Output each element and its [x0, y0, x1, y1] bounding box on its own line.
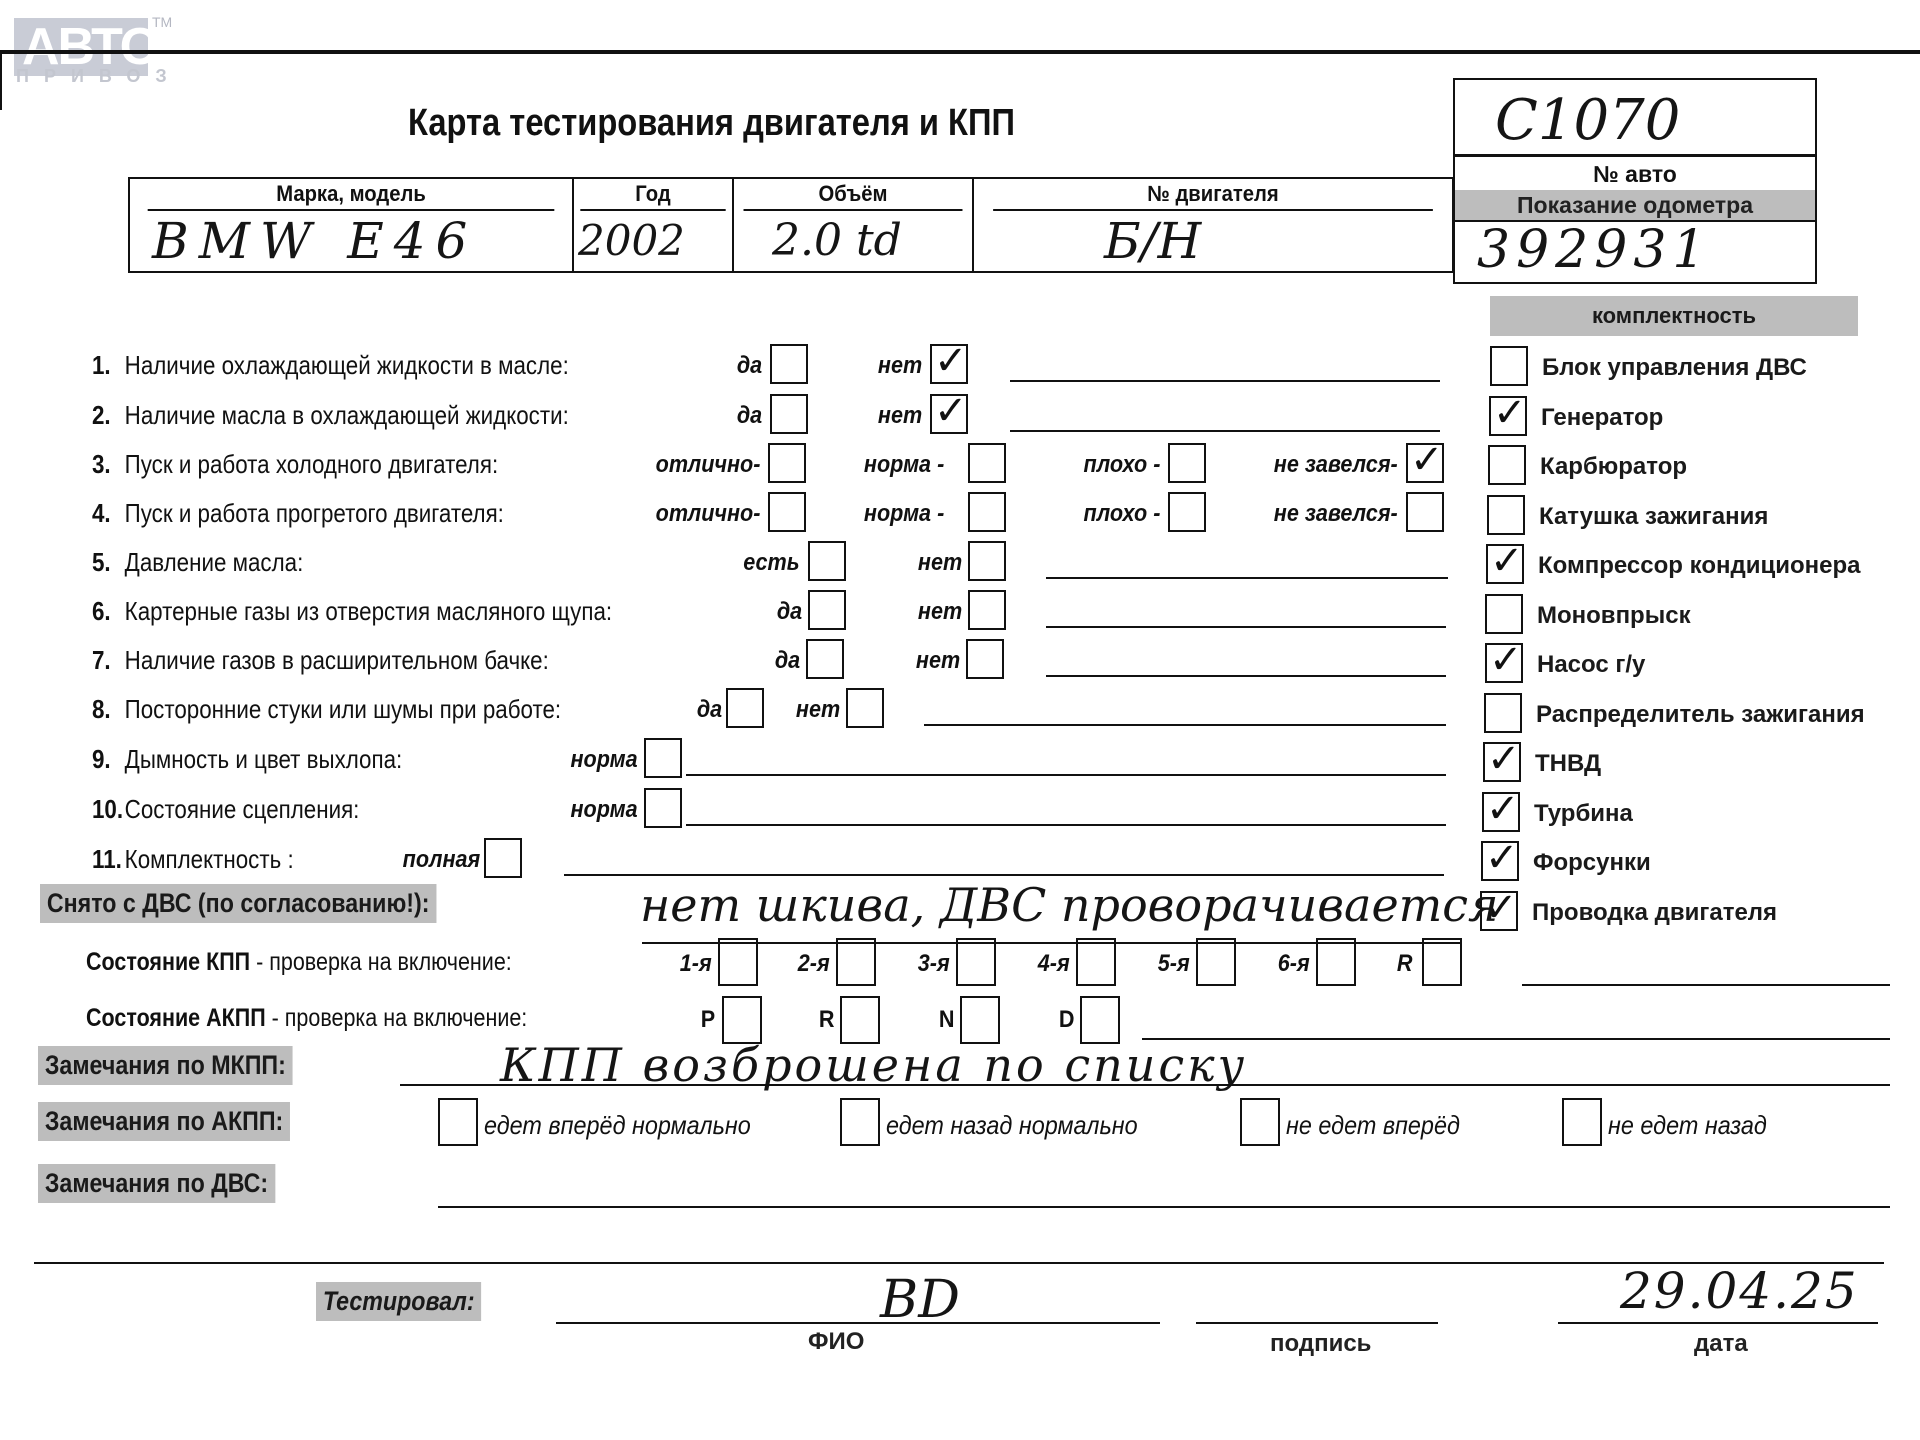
question-text: Давление масла:: [125, 547, 304, 577]
completeness-heading: комплектность: [1490, 296, 1858, 336]
checklist-question: 6.Картерные газы из отверстия масляного …: [92, 596, 612, 627]
dvs-remarks-line: [438, 1206, 1890, 1208]
car-number-value[interactable]: C1070: [1495, 88, 1680, 153]
checklist-question: 7.Наличие газов в расширительном бачке:: [92, 645, 549, 676]
question-number: 8.: [92, 694, 125, 725]
page-title: Карта тестирования двигателя и КПП: [408, 102, 1015, 145]
completeness-item: Проводка двигателя: [1480, 891, 1910, 941]
checkbox[interactable]: [968, 541, 1006, 581]
checkbox-checked[interactable]: [930, 394, 968, 434]
option-label: нет: [878, 402, 922, 430]
gear-checkbox[interactable]: [1196, 938, 1236, 986]
question-number: 4.: [92, 498, 125, 529]
year-label: Год: [580, 179, 725, 211]
notes-line[interactable]: [686, 824, 1446, 826]
checklist-question: 11.Комплектность :: [92, 844, 294, 875]
kpp-check-label: Состояние КПП - проверка на включение:: [86, 948, 512, 977]
removed-parts-value[interactable]: нет шкива, ДВС проворачивается: [640, 878, 1499, 932]
selector-position-checkbox[interactable]: [722, 996, 762, 1044]
gear-label: 1-я: [680, 950, 712, 978]
checklist-question: 2.Наличие масла в охлаждающей жидкости:: [92, 400, 569, 431]
checkbox[interactable]: [966, 639, 1004, 679]
gear-label: R: [1397, 950, 1413, 978]
date-line: [1558, 1322, 1878, 1324]
car-number-label: № авто: [1455, 154, 1815, 193]
date-value[interactable]: 29.04.25: [1620, 1262, 1859, 1320]
signature-caption: подпись: [1270, 1330, 1371, 1358]
tester-name-line: [556, 1322, 1160, 1324]
gear-label: 4-я: [1038, 950, 1070, 978]
footer-rule: [34, 1262, 1884, 1264]
option-label: да: [697, 696, 722, 724]
checklist-question: 10.Состояние сцепления:: [92, 794, 359, 825]
option-label: полная: [402, 846, 480, 874]
checkbox-checked[interactable]: [1486, 544, 1524, 584]
volume-label: Объём: [744, 179, 963, 211]
question-text: Состояние сцепления:: [125, 794, 360, 824]
car-number-box: C1070 № авто Показание одометра 392931: [1453, 78, 1817, 284]
akpp-check-label: Состояние АКПП - проверка на включение:: [86, 1004, 527, 1033]
notes-line[interactable]: [1010, 380, 1440, 382]
logo-trademark: TM: [152, 14, 172, 30]
checkbox[interactable]: [1168, 492, 1206, 532]
checkbox[interactable]: [808, 541, 846, 581]
gear-label: 5-я: [1158, 950, 1190, 978]
completeness-label: Форсунки: [1533, 849, 1651, 877]
checkbox[interactable]: [808, 590, 846, 630]
question-number: 11.: [92, 844, 125, 875]
checkbox[interactable]: [1490, 346, 1528, 386]
option-label: не завелся-: [1274, 451, 1398, 479]
checkbox[interactable]: [644, 738, 682, 778]
selector-position-label: R: [819, 1006, 835, 1034]
checkbox[interactable]: [644, 788, 682, 828]
option-label: нет: [918, 549, 962, 577]
completeness-item: Форсунки: [1481, 841, 1911, 891]
checkbox[interactable]: [846, 688, 884, 728]
akpp-remarks-label: Замечания по АКПП:: [38, 1102, 290, 1141]
checkbox[interactable]: [726, 688, 764, 728]
checkbox-checked[interactable]: [1482, 792, 1520, 832]
kpp-notes-line: [1522, 984, 1890, 986]
checklist-question: 8.Посторонние стуки или шумы при работе:: [92, 694, 561, 725]
checkbox-checked[interactable]: [1489, 396, 1527, 436]
mkpp-remarks-line: [400, 1084, 1890, 1086]
selector-position-label: D: [1059, 1006, 1075, 1034]
odometer-label: Показание одометра: [1455, 190, 1815, 222]
completeness-label: ТНВД: [1535, 750, 1601, 778]
tested-by-label: Тестировал:: [316, 1282, 481, 1321]
selector-position-checkbox[interactable]: [960, 996, 1000, 1044]
question-number: 6.: [92, 596, 125, 627]
checkbox-checked[interactable]: [1485, 643, 1523, 683]
gear-checkbox[interactable]: [1422, 938, 1462, 986]
checkbox[interactable]: [806, 639, 844, 679]
notes-line[interactable]: [1010, 430, 1440, 432]
year-value[interactable]: 2002: [574, 211, 732, 271]
dvs-remarks-label: Замечания по ДВС:: [38, 1164, 275, 1203]
option-label: да: [737, 352, 762, 380]
checkbox[interactable]: [1484, 693, 1522, 733]
option-label: нет: [796, 696, 840, 724]
completeness-label: Компрессор кондиционера: [1538, 552, 1860, 580]
completeness-label: Катушка зажигания: [1539, 503, 1768, 531]
selector-position-label: P: [701, 1006, 715, 1034]
gear-label: 6-я: [1278, 950, 1310, 978]
completeness-label: Распределитель зажигания: [1536, 701, 1865, 729]
gear-checkbox[interactable]: [956, 938, 996, 986]
checklist-question: 3.Пуск и работа холодного двигателя:: [92, 449, 498, 480]
completeness-label: Моновпрыск: [1537, 602, 1691, 630]
checkbox-checked[interactable]: [1481, 841, 1519, 881]
akpp-remark-checkbox[interactable]: [438, 1098, 478, 1146]
completeness-item: Турбина: [1482, 792, 1912, 842]
akpp-remark-checkbox[interactable]: [1240, 1098, 1280, 1146]
akpp-remark-label: не едет назад: [1608, 1110, 1767, 1141]
option-label: норма -: [864, 451, 944, 479]
completeness-item: Генератор: [1489, 396, 1919, 446]
completeness-label: Блок управления ДВС: [1542, 354, 1807, 382]
completeness-label: Карбюратор: [1540, 453, 1687, 481]
completeness-item: Насос г/у: [1485, 643, 1915, 693]
make-model-label: Марка, модель: [148, 179, 555, 211]
removed-parts-label: Снято с ДВС (по согласованию!):: [40, 884, 436, 923]
gear-checkbox[interactable]: [718, 938, 758, 986]
checklist-question: 4.Пуск и работа прогретого двигателя:: [92, 498, 504, 529]
year-cell: Год 2002: [574, 179, 734, 271]
checkbox[interactable]: [968, 492, 1006, 532]
vehicle-info-table: Марка, модель BMW E46 Год 2002 Объём 2.0…: [128, 177, 1454, 273]
completeness-label: Проводка двигателя: [1532, 899, 1777, 927]
gear-checkbox[interactable]: [836, 938, 876, 986]
checkbox[interactable]: [968, 443, 1006, 483]
completeness-label: Насос г/у: [1537, 651, 1645, 679]
checkbox[interactable]: [1488, 445, 1526, 485]
logo-subtitle: ПРИВОЗ: [16, 66, 182, 87]
volume-cell: Объём 2.0 td: [734, 179, 974, 271]
checkbox[interactable]: [770, 394, 808, 434]
engine-number-value[interactable]: Б/Н: [974, 211, 1452, 271]
tester-name-value[interactable]: BD: [880, 1270, 960, 1330]
question-text: Наличие масла в охлаждающей жидкости:: [125, 400, 569, 430]
completeness-item: Блок управления ДВС: [1490, 346, 1920, 396]
checkbox[interactable]: [1487, 495, 1525, 535]
question-number: 5.: [92, 547, 125, 578]
notes-line[interactable]: [1046, 577, 1448, 579]
odometer-value[interactable]: 392931: [1477, 220, 1712, 280]
make-model-cell: Марка, модель BMW E46: [130, 179, 574, 271]
akpp-remark-label: не едет вперёд: [1286, 1110, 1460, 1141]
engine-number-label: № двигателя: [993, 179, 1433, 211]
option-label: норма -: [864, 500, 944, 528]
checkbox-checked[interactable]: [1406, 443, 1444, 483]
question-text: Картерные газы из отверстия масляного щу…: [125, 596, 612, 626]
checkbox-checked[interactable]: [930, 344, 968, 384]
option-label: плохо -: [1083, 500, 1160, 528]
akpp-remark-label: едет назад нормально: [886, 1110, 1138, 1141]
make-model-value[interactable]: BMW E46: [130, 211, 572, 271]
akpp-notes-line: [1142, 1038, 1890, 1040]
question-number: 2.: [92, 400, 125, 431]
date-caption: дата: [1694, 1330, 1748, 1358]
notes-line[interactable]: [1046, 675, 1446, 677]
akpp-label-bold: Состояние АКПП: [86, 1004, 266, 1032]
volume-value[interactable]: 2.0 td: [734, 211, 972, 271]
option-label: отлично-: [655, 451, 760, 479]
option-label: да: [737, 402, 762, 430]
checkbox[interactable]: [770, 344, 808, 384]
completeness-label: Генератор: [1541, 404, 1663, 432]
question-text: Наличие газов в расширительном бачке:: [125, 645, 549, 675]
question-text: Дымность и цвет выхлопа:: [125, 744, 403, 774]
notes-line[interactable]: [564, 874, 1444, 876]
question-text: Пуск и работа холодного двигателя:: [125, 449, 498, 479]
checkbox[interactable]: [968, 590, 1006, 630]
question-text: Наличие охлаждающей жидкости в масле:: [125, 350, 569, 380]
signature-line: [1196, 1322, 1438, 1324]
selector-position-label: N: [939, 1006, 955, 1034]
completeness-item: ТНВД: [1483, 742, 1913, 792]
question-number: 3.: [92, 449, 125, 480]
notes-line[interactable]: [1046, 626, 1446, 628]
name-caption: ФИО: [808, 1328, 864, 1356]
engine-number-cell: № двигателя Б/Н: [974, 179, 1452, 271]
completeness-label: Турбина: [1534, 800, 1633, 828]
question-number: 7.: [92, 645, 125, 676]
option-label: норма: [571, 746, 638, 774]
checkbox[interactable]: [484, 838, 522, 878]
question-text: Посторонние стуки или шумы при работе:: [125, 694, 561, 724]
notes-line[interactable]: [924, 724, 1446, 726]
akpp-remark-label: едет вперёд нормально: [484, 1110, 751, 1141]
selector-position-checkbox[interactable]: [1080, 996, 1120, 1044]
option-label: норма: [571, 796, 638, 824]
checkbox[interactable]: [1485, 594, 1523, 634]
completeness-item: Компрессор кондиционера: [1486, 544, 1916, 594]
gear-checkbox[interactable]: [1316, 938, 1356, 986]
kpp-label-bold: Состояние КПП: [86, 948, 250, 976]
checkbox[interactable]: [1406, 492, 1444, 532]
checkbox[interactable]: [768, 492, 806, 532]
checkbox[interactable]: [768, 443, 806, 483]
option-label: да: [777, 598, 802, 626]
akpp-label-rest: - проверка на включение:: [266, 1004, 528, 1032]
question-number: 9.: [92, 744, 125, 775]
question-number: 1.: [92, 350, 125, 381]
gear-label: 3-я: [918, 950, 950, 978]
akpp-remark-checkbox[interactable]: [840, 1098, 880, 1146]
option-label: плохо -: [1083, 451, 1160, 479]
checkbox[interactable]: [1168, 443, 1206, 483]
gear-label: 2-я: [798, 950, 830, 978]
mkpp-remarks-label: Замечания по МКПП:: [38, 1046, 293, 1085]
left-rule: [0, 50, 2, 110]
option-label: отлично-: [655, 500, 760, 528]
checklist-question: 1.Наличие охлаждающей жидкости в масле:: [92, 350, 569, 381]
option-label: нет: [918, 598, 962, 626]
question-number: 10.: [92, 794, 125, 825]
completeness-item: Карбюратор: [1488, 445, 1918, 495]
akpp-remark-checkbox[interactable]: [1562, 1098, 1602, 1146]
option-label: есть: [744, 549, 800, 577]
completeness-item: Моновпрыск: [1485, 594, 1915, 644]
gear-checkbox[interactable]: [1076, 938, 1116, 986]
checkbox-checked[interactable]: [1483, 742, 1521, 782]
completeness-item: Распределитель зажигания: [1484, 693, 1914, 743]
kpp-label-rest: - проверка на включение:: [250, 948, 512, 976]
completeness-item: Катушка зажигания: [1487, 495, 1917, 545]
checklist-question: 5.Давление масла:: [92, 547, 303, 578]
top-rule: [0, 50, 1920, 54]
question-text: Комплектность :: [125, 844, 294, 874]
question-text: Пуск и работа прогретого двигателя:: [125, 498, 504, 528]
option-label: не завелся-: [1274, 500, 1398, 528]
checklist-question: 9.Дымность и цвет выхлопа:: [92, 744, 402, 775]
option-label: да: [775, 647, 800, 675]
option-label: нет: [916, 647, 960, 675]
option-label: нет: [878, 352, 922, 380]
notes-line[interactable]: [686, 774, 1446, 776]
selector-position-checkbox[interactable]: [840, 996, 880, 1044]
